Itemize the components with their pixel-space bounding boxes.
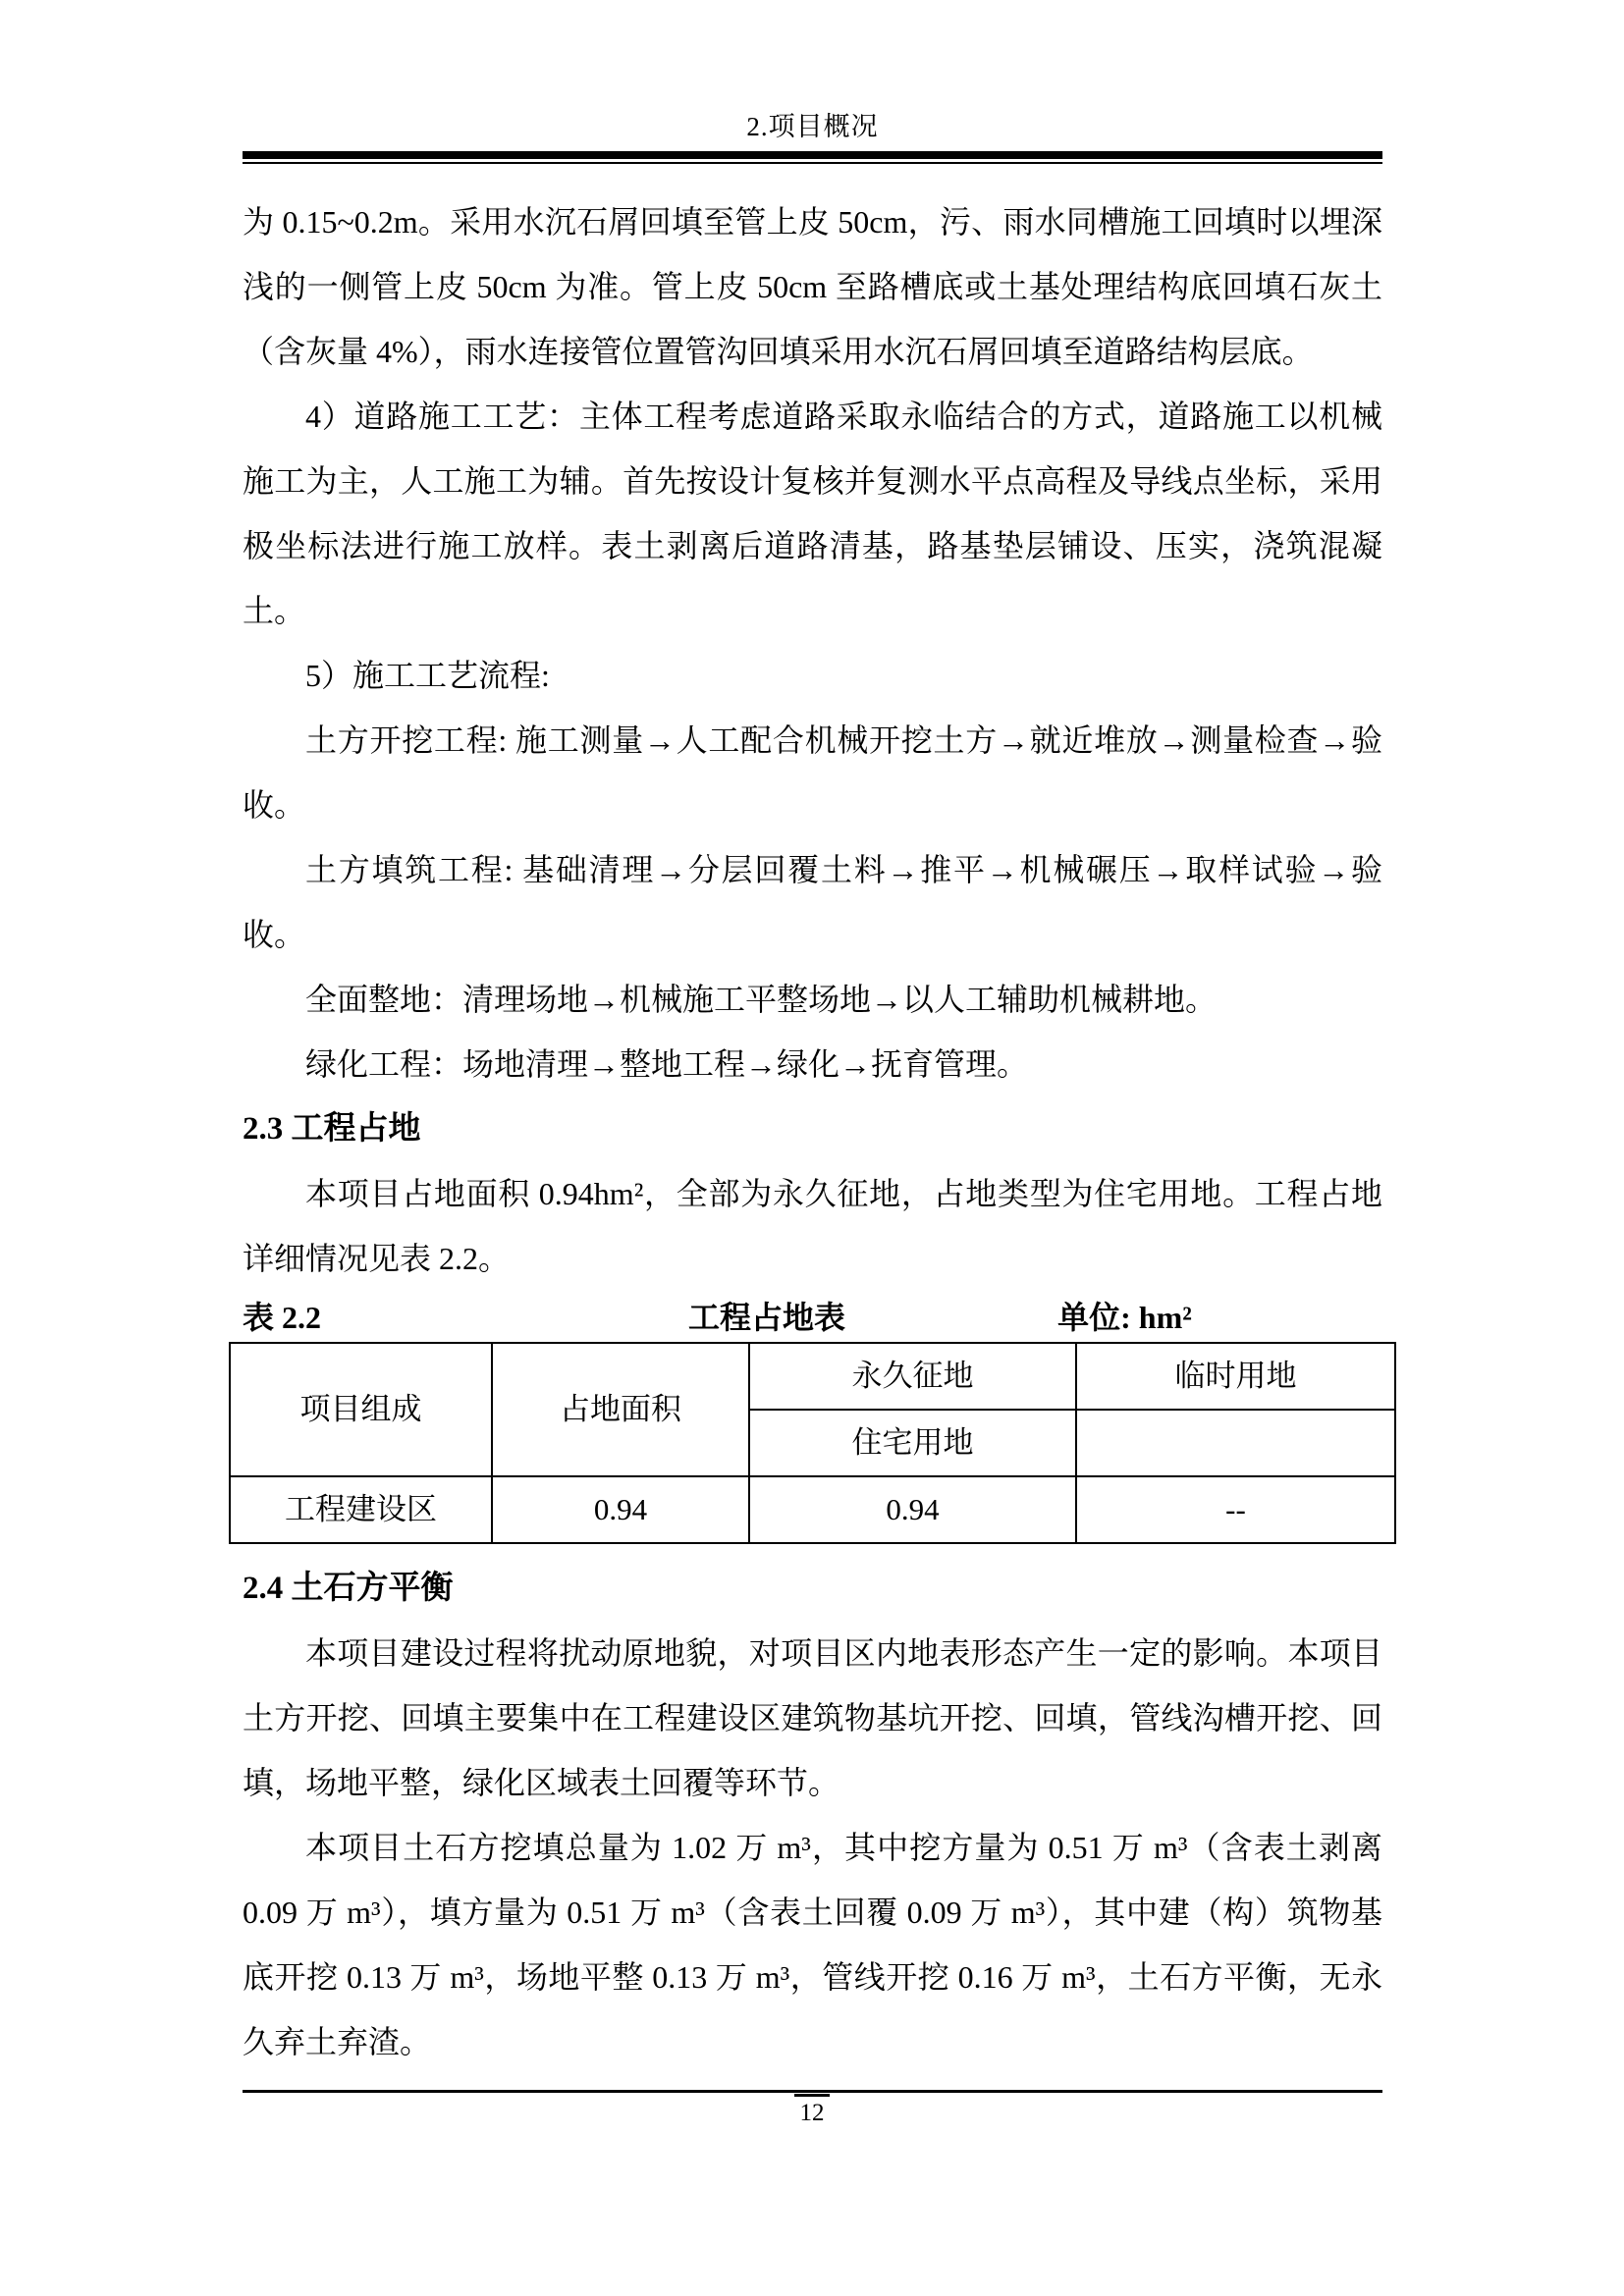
body-text: 为 0.15~0.2m。采用水沉石屑回填至管上皮 50cm，污、雨水同槽施工回填… bbox=[243, 189, 1382, 2074]
table-header-temporary-land: 临时用地 bbox=[1076, 1343, 1395, 1410]
running-header-title: 2.项目概况 bbox=[243, 114, 1382, 140]
table-caption-title: 工程占地表 bbox=[688, 1293, 845, 1342]
footer-rule-divider bbox=[243, 2090, 1382, 2093]
page-content: 2.项目概况 为 0.15~0.2m。采用水沉石屑回填至管上皮 50cm，污、雨… bbox=[243, 114, 1382, 2074]
table-cell-zone-name: 工程建设区 bbox=[230, 1476, 492, 1543]
table-cell-temporary-sub-empty bbox=[1076, 1410, 1395, 1476]
footer: 12 bbox=[0, 2094, 1624, 2127]
paragraph-land-occupation: 本项目占地面积 0.94hm²，全部为永久征地，占地类型为住宅用地。工程占地详细… bbox=[243, 1161, 1382, 1291]
header-rule-divider bbox=[243, 151, 1382, 164]
table-caption-label: 表 2.2 bbox=[243, 1293, 321, 1342]
section-heading-2-3: 2.3 工程占地 bbox=[243, 1096, 1382, 1161]
table-row-project-zone: 工程建设区 0.94 0.94 -- bbox=[230, 1476, 1395, 1543]
table-caption: 表 2.2 工程占地表 单位: hm² bbox=[243, 1293, 1382, 1342]
land-occupation-table: 项目组成 占地面积 永久征地 临时用地 住宅用地 工程建设区 0.94 0.94… bbox=[229, 1342, 1396, 1544]
table-cell-permanent-value: 0.94 bbox=[749, 1476, 1076, 1543]
table-header-land-area: 占地面积 bbox=[492, 1343, 749, 1476]
paragraph-greening-flow: 绿化工程：场地清理→整地工程→绿化→抚育管理。 bbox=[243, 1032, 1382, 1096]
paragraph-excavation-flow: 土方开挖工程: 施工测量→人工配合机械开挖土方→就近堆放→测量检查→验收。 bbox=[243, 708, 1382, 837]
table-cell-area-value: 0.94 bbox=[492, 1476, 749, 1543]
table-header-residential-land: 住宅用地 bbox=[749, 1410, 1076, 1476]
paragraph-flow-title: 5）施工工艺流程: bbox=[243, 643, 1382, 708]
paragraph-backfill-flow: 土方填筑工程: 基础清理→分层回覆土料→推平→机械碾压→取样试验→验收。 bbox=[243, 837, 1382, 967]
page-number-overline bbox=[794, 2094, 830, 2097]
paragraph-terrain-disturb: 本项目建设过程将扰动原地貌，对项目区内地表形态产生一定的影响。本项目土方开挖、回… bbox=[243, 1621, 1382, 1815]
table-header-permanent-acquisition: 永久征地 bbox=[749, 1343, 1076, 1410]
table-header-project-composition: 项目组成 bbox=[230, 1343, 492, 1476]
paragraph-land-leveling: 全面整地：清理场地→机械施工平整场地→以人工辅助机械耕地。 bbox=[243, 967, 1382, 1032]
table-caption-unit: 单位: hm² bbox=[1057, 1293, 1192, 1342]
table-cell-temporary-value: -- bbox=[1076, 1476, 1395, 1543]
section-heading-2-4: 2.4 土石方平衡 bbox=[243, 1556, 1382, 1621]
paragraph-pipe-backfill: 为 0.15~0.2m。采用水沉石屑回填至管上皮 50cm，污、雨水同槽施工回填… bbox=[243, 189, 1382, 384]
document-page: 2.项目概况 为 0.15~0.2m。采用水沉石屑回填至管上皮 50cm，污、雨… bbox=[0, 0, 1624, 2296]
page-number: 12 bbox=[0, 2100, 1624, 2127]
paragraph-road-craft: 4）道路施工工艺：主体工程考虑道路采取永临结合的方式，道路施工以机械施工为主，人… bbox=[243, 384, 1382, 643]
paragraph-earthwork-balance: 本项目土石方挖填总量为 1.02 万 m³，其中挖方量为 0.51 万 m³（含… bbox=[243, 1815, 1382, 2074]
